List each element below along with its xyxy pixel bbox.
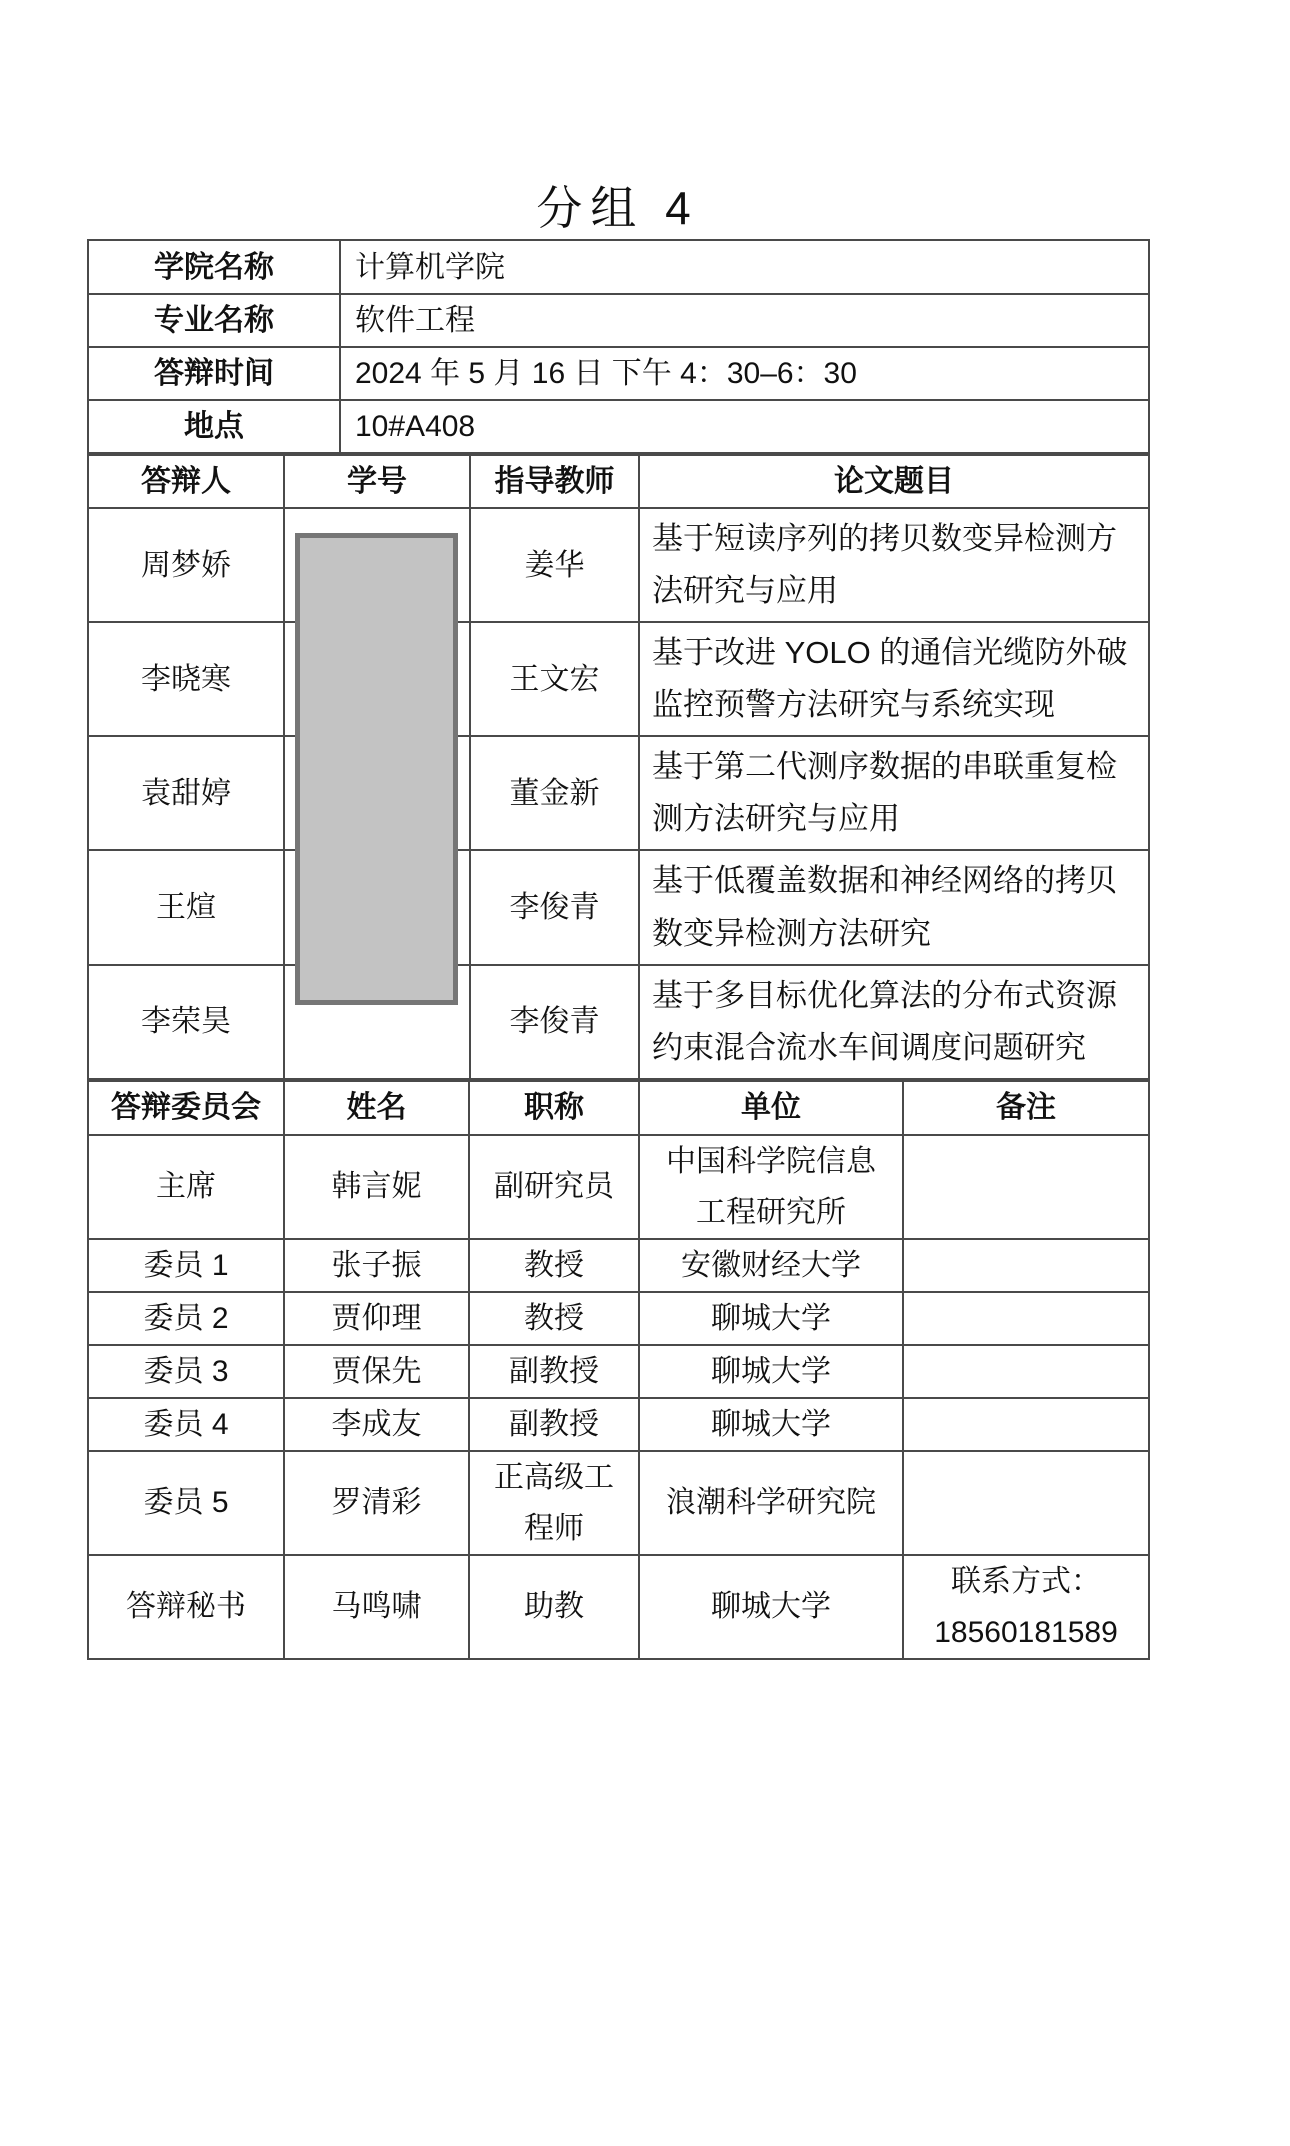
info-label-time: 答辩时间 (88, 347, 340, 400)
committee-title: 教授 (469, 1292, 639, 1345)
committee-title: 教授 (469, 1239, 639, 1292)
respondents-table: 答辩人 学号 指导教师 论文题目 周梦娇 姜华 基于短读序列的拷贝数变异检测方法… (87, 454, 1150, 1080)
thesis-title: 基于短读序列的拷贝数变异检测方法研究与应用 (639, 508, 1149, 622)
table-header-row: 答辩委员会 姓名 职称 单位 备注 (88, 1081, 1149, 1135)
table-row: 委员 4 李成友 副教授 聊城大学 (88, 1398, 1149, 1451)
committee-org: 中国科学院信息工程研究所 (639, 1135, 903, 1239)
info-table: 学院名称 计算机学院 专业名称 软件工程 答辩时间 2024 年 5 月 16 … (87, 239, 1150, 454)
thesis-title: 基于第二代测序数据的串联重复检测方法研究与应用 (639, 736, 1149, 850)
header-org: 单位 (639, 1081, 903, 1135)
advisor-name: 李俊青 (470, 850, 639, 964)
committee-name: 贾保先 (284, 1345, 469, 1398)
committee-table: 答辩委员会 姓名 职称 单位 备注 主席 韩言妮 副研究员 中国科学院信息工程研… (87, 1080, 1150, 1660)
committee-name: 罗清彩 (284, 1451, 469, 1555)
note-cell (903, 1451, 1149, 1555)
advisor-name: 李俊青 (470, 965, 639, 1079)
table-row: 李晓寒 王文宏 基于改进 YOLO 的通信光缆防外破监控预警方法研究与系统实现 (88, 622, 1149, 736)
info-label-major: 专业名称 (88, 294, 340, 347)
info-label-college: 学院名称 (88, 240, 340, 294)
redacted-student-id-box (295, 533, 458, 1005)
note-cell (903, 1135, 1149, 1239)
note-cell (903, 1398, 1149, 1451)
committee-name: 马鸣啸 (284, 1555, 469, 1659)
table-row: 王煊 李俊青 基于低覆盖数据和神经网络的拷贝数变异检测方法研究 (88, 850, 1149, 964)
committee-title: 副研究员 (469, 1135, 639, 1239)
table-row: 专业名称 软件工程 (88, 294, 1149, 347)
thesis-title: 基于低覆盖数据和神经网络的拷贝数变异检测方法研究 (639, 850, 1149, 964)
advisor-name: 王文宏 (470, 622, 639, 736)
note-cell (903, 1345, 1149, 1398)
info-value-location: 10#A408 (340, 400, 1149, 453)
thesis-title: 基于多目标优化算法的分布式资源约束混合流水车间调度问题研究 (639, 965, 1149, 1079)
table-row: 答辩时间 2024 年 5 月 16 日 下午 4：30–6：30 (88, 347, 1149, 400)
committee-role: 委员 2 (88, 1292, 284, 1345)
header-respondent: 答辩人 (88, 455, 284, 508)
header-thesis: 论文题目 (639, 455, 1149, 508)
table-row: 委员 2 贾仰理 教授 聊城大学 (88, 1292, 1149, 1345)
table-row: 袁甜婷 董金新 基于第二代测序数据的串联重复检测方法研究与应用 (88, 736, 1149, 850)
note-cell (903, 1292, 1149, 1345)
committee-org: 安徽财经大学 (639, 1239, 903, 1292)
thesis-title: 基于改进 YOLO 的通信光缆防外破监控预警方法研究与系统实现 (639, 622, 1149, 736)
respondent-name: 李荣昊 (88, 965, 284, 1079)
committee-name: 李成友 (284, 1398, 469, 1451)
header-note: 备注 (903, 1081, 1149, 1135)
secretary-contact-cell: 联系方式： 18560181589 (903, 1555, 1149, 1659)
header-student-id: 学号 (284, 455, 470, 508)
info-value-time: 2024 年 5 月 16 日 下午 4：30–6：30 (340, 347, 1149, 400)
committee-title: 助教 (469, 1555, 639, 1659)
advisor-name: 董金新 (470, 736, 639, 850)
contact-label: 联系方式： (914, 1556, 1138, 1607)
contact-phone: 18560181589 (914, 1607, 1138, 1658)
advisor-name: 姜华 (470, 508, 639, 622)
page-title: 分组 4 (87, 172, 1148, 238)
document-page: 分组 4 学院名称 计算机学院 专业名称 软件工程 答辩时间 2024 年 5 … (0, 0, 1290, 2146)
header-name: 姓名 (284, 1081, 469, 1135)
table-row: 李荣昊 李俊青 基于多目标优化算法的分布式资源约束混合流水车间调度问题研究 (88, 965, 1149, 1079)
header-title: 职称 (469, 1081, 639, 1135)
committee-name: 韩言妮 (284, 1135, 469, 1239)
table-header-row: 答辩人 学号 指导教师 论文题目 (88, 455, 1149, 508)
table-row: 委员 5 罗清彩 正高级工程师 浪潮科学研究院 (88, 1451, 1149, 1555)
committee-role: 答辩秘书 (88, 1555, 284, 1659)
committee-role: 主席 (88, 1135, 284, 1239)
table-row: 委员 1 张子振 教授 安徽财经大学 (88, 1239, 1149, 1292)
committee-org: 聊城大学 (639, 1292, 903, 1345)
committee-title: 副教授 (469, 1345, 639, 1398)
info-label-location: 地点 (88, 400, 340, 453)
committee-title: 正高级工程师 (469, 1451, 639, 1555)
committee-name: 贾仰理 (284, 1292, 469, 1345)
respondent-name: 袁甜婷 (88, 736, 284, 850)
committee-title: 副教授 (469, 1398, 639, 1451)
table-row: 周梦娇 姜华 基于短读序列的拷贝数变异检测方法研究与应用 (88, 508, 1149, 622)
table-row: 学院名称 计算机学院 (88, 240, 1149, 294)
committee-org: 聊城大学 (639, 1398, 903, 1451)
info-value-college: 计算机学院 (340, 240, 1149, 294)
header-committee: 答辩委员会 (88, 1081, 284, 1135)
committee-org: 聊城大学 (639, 1555, 903, 1659)
committee-role: 委员 3 (88, 1345, 284, 1398)
table-row: 委员 3 贾保先 副教授 聊城大学 (88, 1345, 1149, 1398)
note-cell (903, 1239, 1149, 1292)
committee-org: 聊城大学 (639, 1345, 903, 1398)
committee-role: 委员 4 (88, 1398, 284, 1451)
defense-schedule-table: 学院名称 计算机学院 专业名称 软件工程 答辩时间 2024 年 5 月 16 … (87, 239, 1148, 1660)
committee-role: 委员 1 (88, 1239, 284, 1292)
respondent-name: 王煊 (88, 850, 284, 964)
table-row: 主席 韩言妮 副研究员 中国科学院信息工程研究所 (88, 1135, 1149, 1239)
respondent-name: 李晓寒 (88, 622, 284, 736)
header-advisor: 指导教师 (470, 455, 639, 508)
respondent-name: 周梦娇 (88, 508, 284, 622)
committee-name: 张子振 (284, 1239, 469, 1292)
info-value-major: 软件工程 (340, 294, 1149, 347)
committee-role: 委员 5 (88, 1451, 284, 1555)
committee-org: 浪潮科学研究院 (639, 1451, 903, 1555)
table-row: 答辩秘书 马鸣啸 助教 聊城大学 联系方式： 18560181589 (88, 1555, 1149, 1659)
table-row: 地点 10#A408 (88, 400, 1149, 453)
